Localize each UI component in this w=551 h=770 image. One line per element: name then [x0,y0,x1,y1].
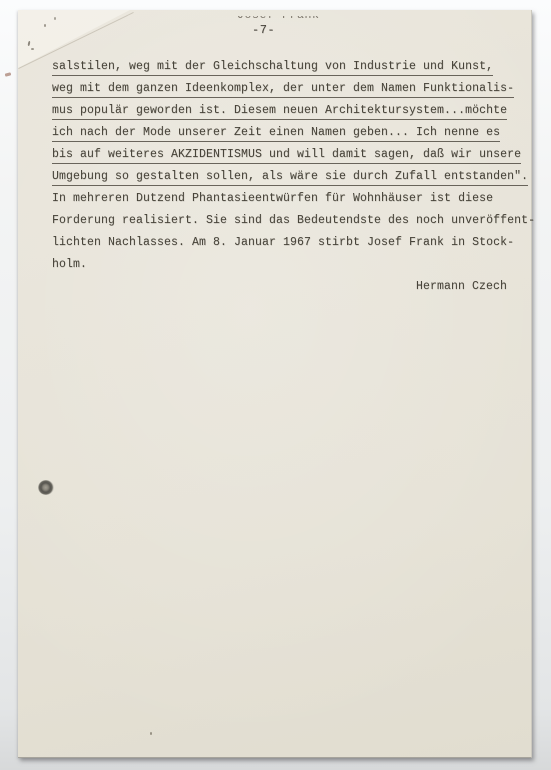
document-page: Josef Frank -7- salstilen, weg mit der G… [18,10,532,758]
text-line: weg mit dem ganzen Ideenkomplex, der unt… [52,79,522,101]
margin-mark [5,72,12,76]
body-lines: salstilen, weg mit der Gleichschaltung v… [52,57,522,277]
text-line-content: salstilen, weg mit der Gleichschaltung v… [52,60,493,76]
text-line-content: holm. [52,258,87,271]
text-line-content: Forderung realisiert. Sie sind das Bedeu… [52,214,535,227]
text-line-content: ich nach der Mode unserer Zeit einen Nam… [52,126,500,142]
text-line: holm. [52,255,522,277]
faded-running-title-text: Josef Frank [237,16,329,22]
text-line: In mehreren Dutzend Phantasieentwürfen f… [52,189,522,211]
paper-speck [54,17,56,20]
hole-punch-mark [38,480,54,495]
text-line: Umgebung so gestalten sollen, als wäre s… [52,167,522,189]
text-line: lichten Nachlasses. Am 8. Januar 1967 st… [52,233,522,255]
text-line: ich nach der Mode unserer Zeit einen Nam… [52,123,522,145]
body-text: salstilen, weg mit der Gleichschaltung v… [52,57,522,299]
page-number: -7- [252,23,275,37]
text-line-content: lichten Nachlasses. Am 8. Januar 1967 st… [52,236,514,249]
text-line-content: mus populär geworden ist. Diesem neuen A… [52,104,507,120]
text-line: Forderung realisiert. Sie sind das Bedeu… [52,211,522,233]
text-line: bis auf weiteres AKZIDENTISMUS und will … [52,145,522,167]
paper-speck [31,48,34,50]
text-line: salstilen, weg mit der Gleichschaltung v… [52,57,522,79]
signature: Hermann Czech [52,277,522,299]
faded-running-title: Josef Frank [237,16,329,22]
paper-speck [44,24,46,27]
text-line-content: weg mit dem ganzen Ideenkomplex, der unt… [52,82,514,98]
text-line-content: In mehreren Dutzend Phantasieentwürfen f… [52,192,493,205]
paper-speck [150,732,152,735]
text-line-content: Umgebung so gestalten sollen, als wäre s… [52,170,528,186]
text-line: mus populär geworden ist. Diesem neuen A… [52,101,522,123]
scanned-document-view: { "document": { "header": { "faded_title… [0,0,551,770]
text-line-content: bis auf weiteres AKZIDENTISMUS und will … [52,148,521,164]
